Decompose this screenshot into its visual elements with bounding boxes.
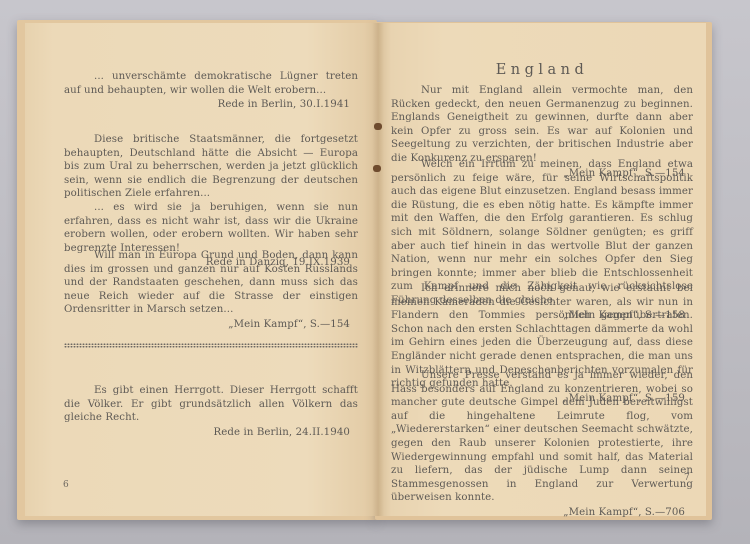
book-gutter xyxy=(372,23,384,516)
quote-paragraph: ... es wird sie ja beruhigen, wenn sie n… xyxy=(64,201,358,255)
left-quote-3: Will man in Europa Grund und Boden, dann… xyxy=(64,249,358,332)
quote-paragraph: Diese britische Staatsmänner, die fortge… xyxy=(64,133,358,201)
quote-source: „Mein Kampf“, S.—706 xyxy=(391,506,693,520)
left-quote-4: Es gibt einen Herrgott. Dieser Herrgott … xyxy=(64,384,358,439)
quote-paragraph: ... unverschämte demokratische Lügner tr… xyxy=(64,70,358,97)
dotted-divider xyxy=(64,343,358,348)
right-quote-4: Unsere Presse verstand es ja immer wiede… xyxy=(391,369,693,520)
quote-paragraph: Nur mit England allein vermochte man, de… xyxy=(391,84,693,166)
staple-top xyxy=(374,123,382,130)
quote-paragraph: Will man in Europa Grund und Boden, dann… xyxy=(64,249,358,317)
page-number-left: 6 xyxy=(63,480,69,490)
page-title: England xyxy=(378,62,706,78)
quote-paragraph: Unsere Presse verstand es ja immer wiede… xyxy=(391,369,693,505)
staple-bottom xyxy=(373,165,381,172)
quote-paragraph: Es gibt einen Herrgott. Dieser Herrgott … xyxy=(64,384,358,425)
quote-source: Rede in Berlin, 24.II.1940 xyxy=(64,426,358,440)
page-number-right: 7 xyxy=(684,473,690,483)
quote-source: „Mein Kampf“, S.—154 xyxy=(64,318,358,332)
quote-source: Rede in Berlin, 30.I.1941 xyxy=(64,98,358,112)
left-quote-1: ... unverschämte demokratische Lügner tr… xyxy=(64,70,358,112)
